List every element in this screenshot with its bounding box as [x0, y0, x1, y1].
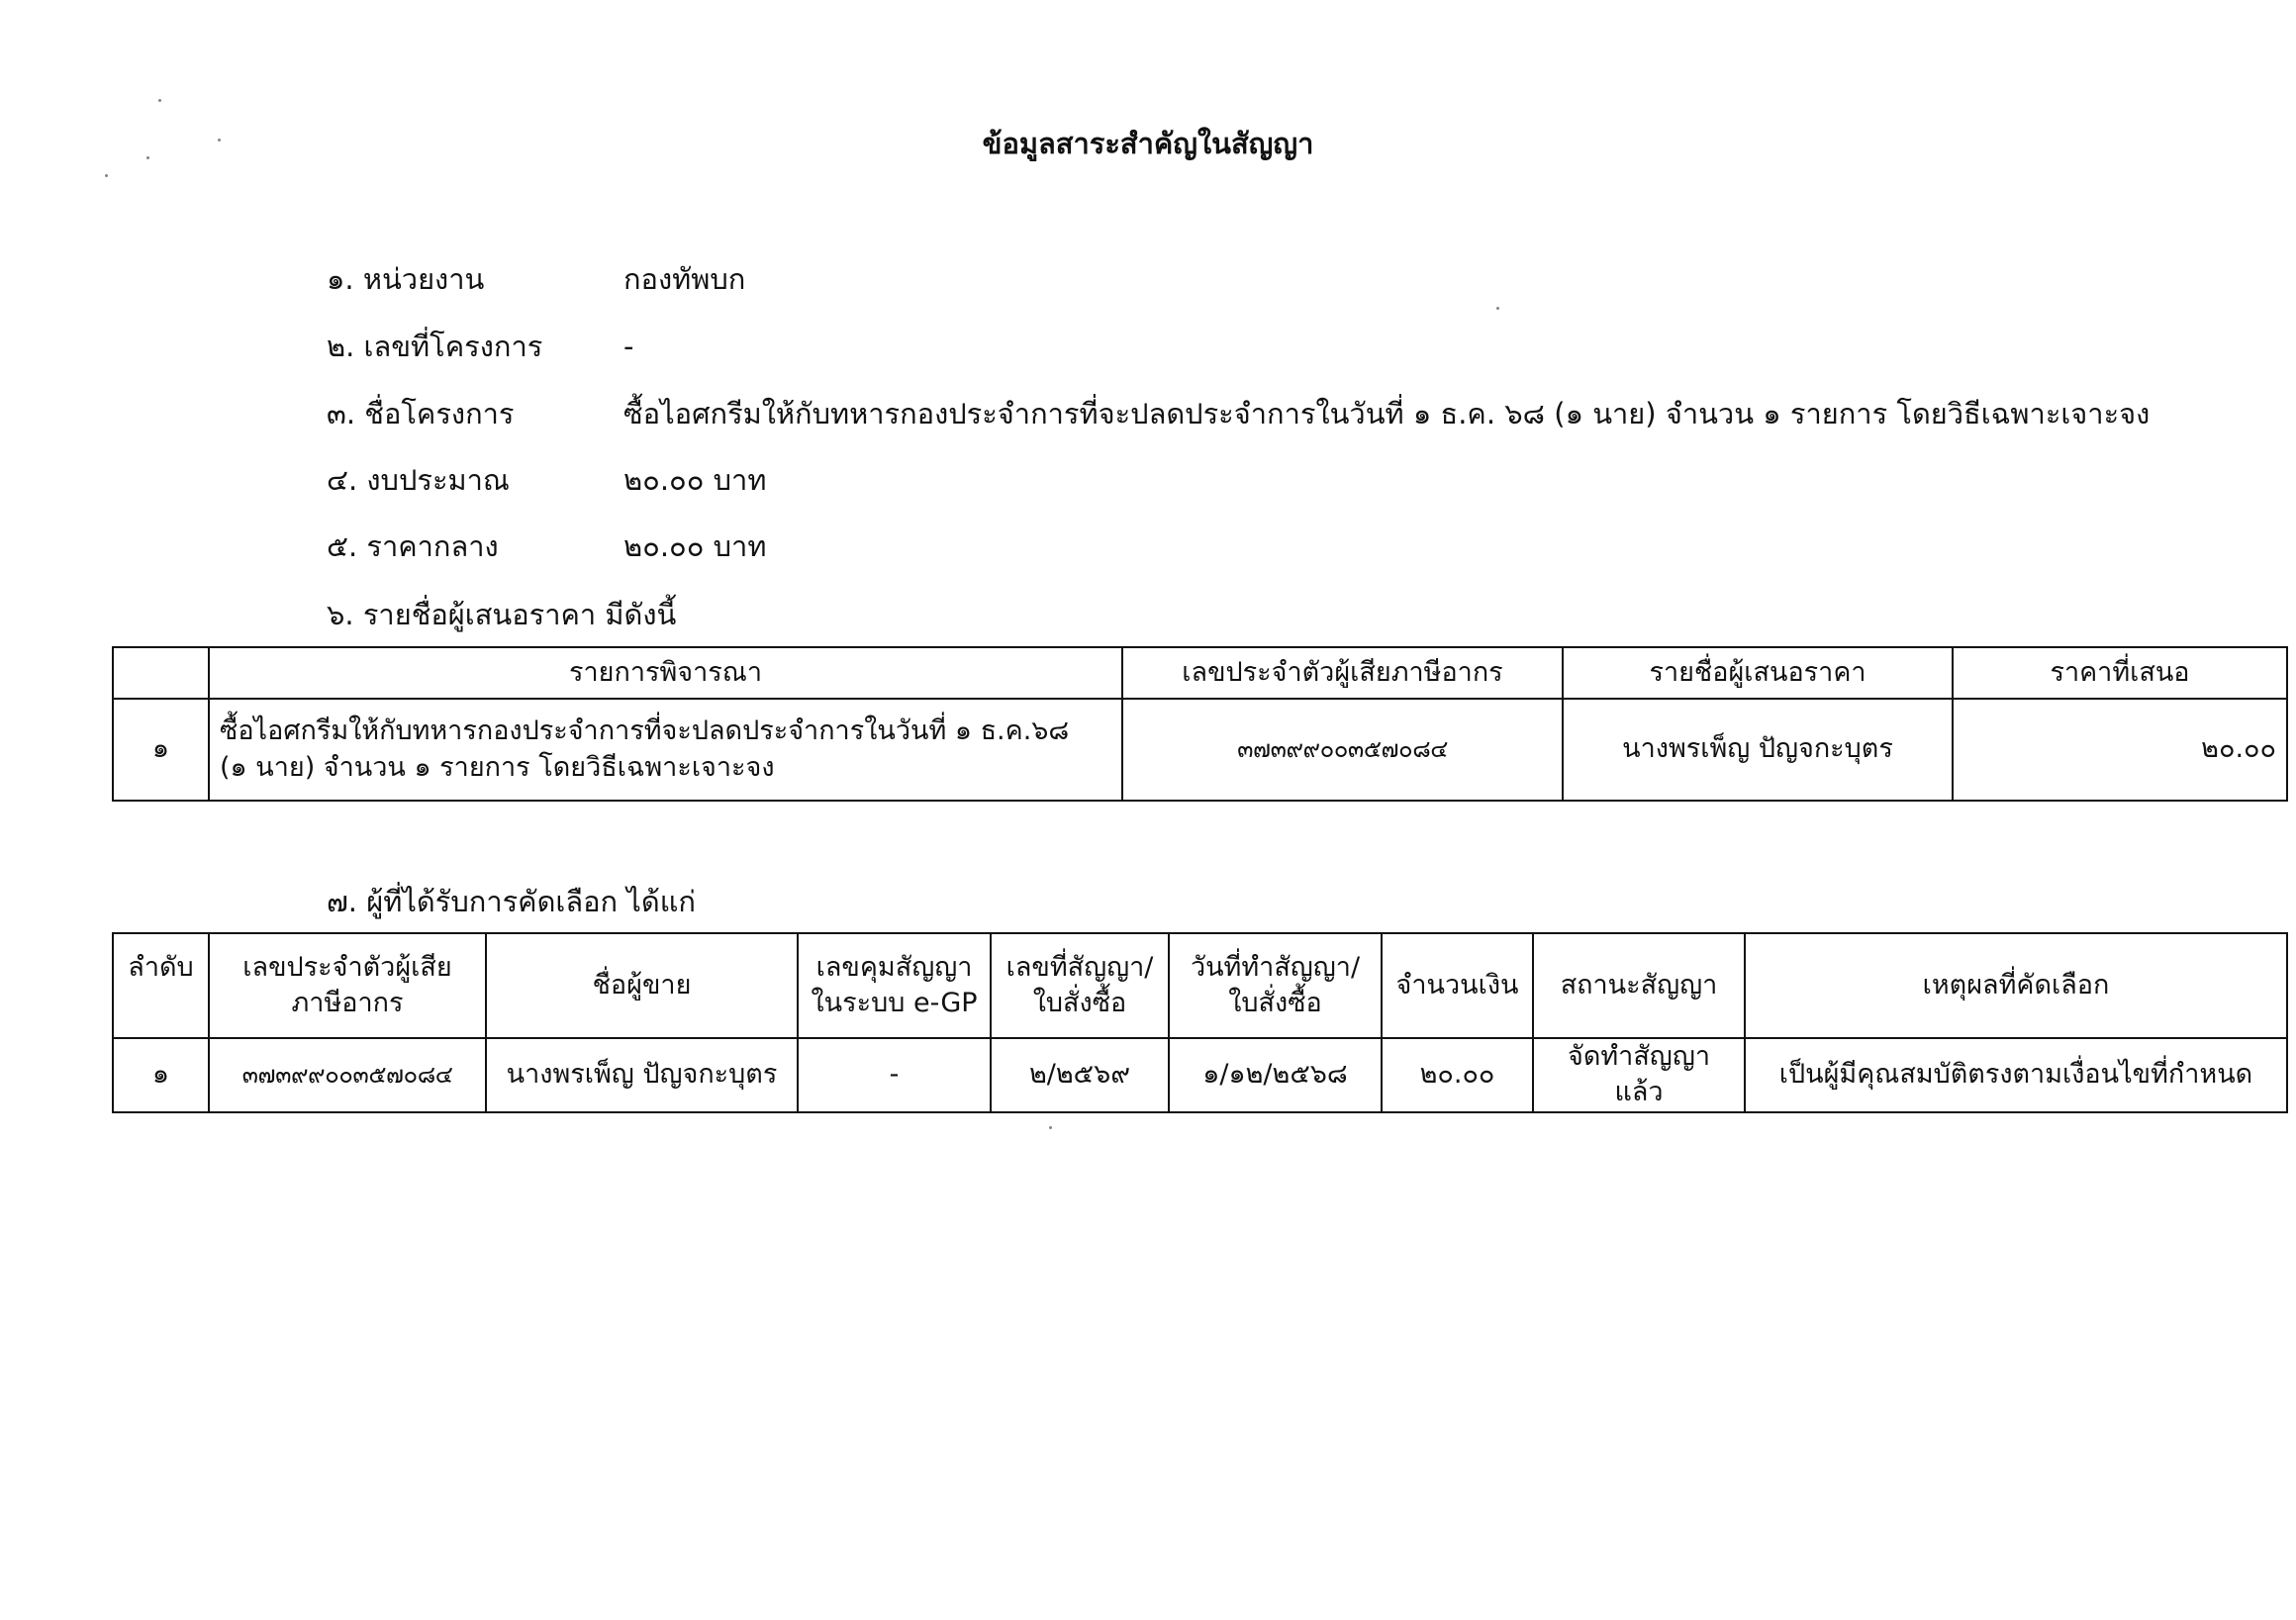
- table-row: ๑ ๓๗๓๙๙๐๐๓๕๗๐๘๔ นางพรเพ็ญ ปัญจกะบุตร - ๒…: [113, 1038, 2287, 1112]
- field-label: ๑. หน่วยงาน: [327, 259, 484, 299]
- header-cell: เลขประจำตัวผู้เสียภาษีอากร: [1122, 647, 1563, 699]
- field-value: ๒๐.๐๐ บาท: [623, 460, 766, 500]
- seller-name: นางพรเพ็ญ ปัญจกะบุตร: [486, 1038, 798, 1112]
- bidder-name: นางพรเพ็ญ ปัญจกะบุตร: [1563, 699, 1953, 801]
- scan-speck: [1496, 307, 1499, 310]
- header-cell: เลขที่สัญญา/ใบสั่งซื้อ: [991, 933, 1169, 1038]
- header-cell: รายชื่อผู้เสนอราคา: [1563, 647, 1953, 699]
- item-line: ซื้อไอศกรีมให้กับทหารกองประจำการที่จะปลด…: [220, 714, 1111, 749]
- scan-speck: [105, 174, 108, 177]
- table-row: ๑ ซื้อไอศกรีมให้กับทหารกองประจำการที่จะป…: [113, 699, 2287, 801]
- bidders-table: รายการพิจารณา เลขประจำตัวผู้เสียภาษีอากร…: [112, 646, 2288, 802]
- row-number: ๑: [113, 699, 209, 801]
- scan-speck: [158, 99, 161, 102]
- section6-heading: ๖. รายชื่อผู้เสนอราคา มีดังนี้: [327, 592, 676, 637]
- field-label: ๓. ชื่อโครงการ: [327, 394, 515, 433]
- document-title: ข้อมูลสาระสำคัญในสัญญา: [0, 121, 2296, 166]
- header-line: ใบสั่งซื้อ: [1180, 986, 1371, 1021]
- item-description: ซื้อไอศกรีมให้กับทหารกองประจำการที่จะปลด…: [209, 699, 1122, 801]
- header-line: เลขที่สัญญา/: [1002, 950, 1158, 986]
- header-line: ในระบบ e-GP: [809, 986, 980, 1021]
- header-cell: เลขประจำตัวผู้เสียภาษีอากร: [209, 933, 486, 1038]
- selected-table: ลำดับ เลขประจำตัวผู้เสียภาษีอากร ชื่อผู้…: [112, 932, 2288, 1113]
- header-cell: ลำดับ: [113, 933, 209, 1038]
- header-cell: ชื่อผู้ขาย: [486, 933, 798, 1038]
- offered-price: ๒๐.๐๐: [1953, 699, 2287, 801]
- field-label: ๔. งบประมาณ: [327, 460, 510, 500]
- contract-date: ๑/๑๒/๒๕๖๘: [1169, 1038, 1382, 1112]
- header-cell: วันที่ทำสัญญา/ใบสั่งซื้อ: [1169, 933, 1382, 1038]
- header-line: เลขประจำตัวผู้เสีย: [220, 950, 475, 986]
- field-label: ๒. เลขที่โครงการ: [327, 327, 542, 366]
- table-header-row: ลำดับ เลขประจำตัวผู้เสียภาษีอากร ชื่อผู้…: [113, 933, 2287, 1038]
- field-value: ซื้อไอศกรีมให้กับทหารกองประจำการที่จะปลด…: [623, 394, 2150, 433]
- contract-number: ๒/๒๕๖๙: [991, 1038, 1169, 1112]
- field-value: ๒๐.๐๐ บาท: [623, 526, 766, 566]
- field-value: กองทัพบก: [623, 259, 745, 299]
- header-cell: [113, 647, 209, 699]
- section7-heading: ๗. ผู้ที่ได้รับการคัดเลือก ได้แก่: [327, 879, 696, 924]
- tax-id: ๓๗๓๙๙๐๐๓๕๗๐๘๔: [209, 1038, 486, 1112]
- field-value: -: [623, 327, 633, 366]
- header-line: ลำดับ: [124, 950, 198, 986]
- header-cell: จำนวนเงิน: [1382, 933, 1533, 1038]
- header-cell: ราคาที่เสนอ: [1953, 647, 2287, 699]
- header-line: ใบสั่งซื้อ: [1002, 986, 1158, 1021]
- field-label: ๕. ราคากลาง: [327, 526, 499, 566]
- header-line: วันที่ทำสัญญา/: [1180, 950, 1371, 986]
- table-header-row: รายการพิจารณา เลขประจำตัวผู้เสียภาษีอากร…: [113, 647, 2287, 699]
- header-cell: เหตุผลที่คัดเลือก: [1745, 933, 2287, 1038]
- header-cell: รายการพิจารณา: [209, 647, 1122, 699]
- egp-control-number: -: [798, 1038, 991, 1112]
- header-line: [124, 986, 198, 1021]
- item-line: (๑ นาย) จำนวน ๑ รายการ โดยวิธีเฉพาะเจาะจ…: [220, 750, 1111, 786]
- header-line: ภาษีอากร: [220, 986, 475, 1021]
- row-number: ๑: [113, 1038, 209, 1112]
- header-cell: เลขคุมสัญญาในระบบ e-GP: [798, 933, 991, 1038]
- contract-status: จัดทำสัญญาแล้ว: [1533, 1038, 1745, 1112]
- tax-id: ๓๗๓๙๙๐๐๓๕๗๐๘๔: [1122, 699, 1563, 801]
- header-cell: สถานะสัญญา: [1533, 933, 1745, 1038]
- scan-speck: [1049, 1126, 1052, 1129]
- amount: ๒๐.๐๐: [1382, 1038, 1533, 1112]
- header-line: เลขคุมสัญญา: [809, 950, 980, 986]
- selection-reason: เป็นผู้มีคุณสมบัติตรงตามเงื่อนไขที่กำหนด: [1745, 1038, 2287, 1112]
